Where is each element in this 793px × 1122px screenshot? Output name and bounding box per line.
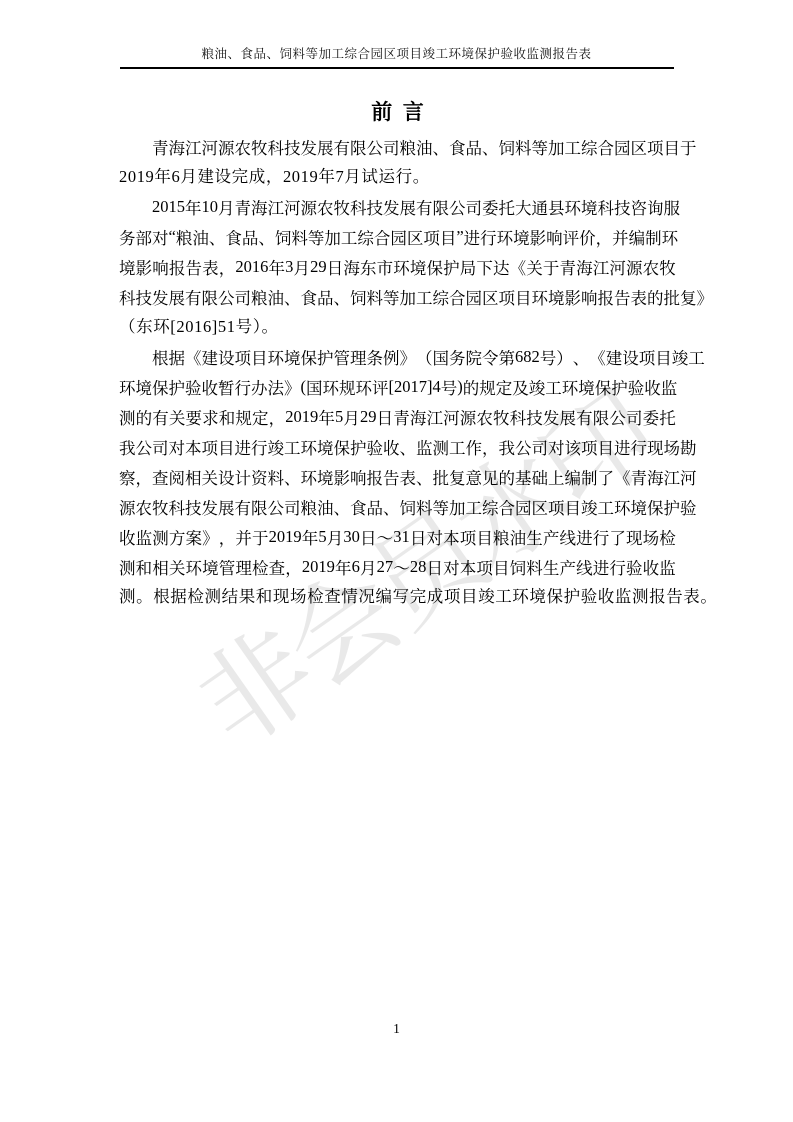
text-line: 测和相关环境管理检查，2019年6月27～28日对本项目饲料生产线进行验收监 <box>119 552 676 582</box>
text-line: 我公司对本项目进行竣工环境保护验收、监测工作，我公司对该项目进行现场勘 <box>119 432 676 462</box>
paragraph: 青海江河源农牧科技发展有限公司粮油、食品、饲料等加工综合园区项目于2019年6月… <box>119 132 676 192</box>
body-paragraphs: 青海江河源农牧科技发展有限公司粮油、食品、饲料等加工综合园区项目于2019年6月… <box>119 132 676 612</box>
text-line: 2015年10月青海江河源农牧科技发展有限公司委托大通县环境科技咨询服 <box>119 192 676 222</box>
text-line: 根据《建设项目环境保护管理条例》（国务院令第682号）、《建设项目竣工 <box>119 342 676 372</box>
text-line: 境影响报告表，2016年3月29日海东市环境保护局下达《关于青海江河源农牧 <box>119 252 676 282</box>
paragraph: 2015年10月青海江河源农牧科技发展有限公司委托大通县环境科技咨询服务部对“粮… <box>119 192 676 342</box>
document-page: 粮油、食品、饲料等加工综合园区项目竣工环境保护验收监测报告表 非会员水印 前 言… <box>0 0 793 1122</box>
text-line: 青海江河源农牧科技发展有限公司粮油、食品、饲料等加工综合园区项目于 <box>119 132 676 162</box>
page-number: 1 <box>0 1020 793 1038</box>
text-line: 测的有关要求和规定，2019年5月29日青海江河源农牧科技发展有限公司委托 <box>119 402 676 432</box>
page-title: 前 言 <box>119 96 676 128</box>
text-line: 察，查阅相关设计资料、环境影响报告表、批复意见的基础上编制了《青海江河 <box>119 462 676 492</box>
text-line: 源农牧科技发展有限公司粮油、食品、饲料等加工综合园区项目竣工环境保护验 <box>119 492 676 522</box>
text-line: 测。根据检测结果和现场检查情况编写完成项目竣工环境保护验收监测报告表。 <box>119 582 676 612</box>
text-line: 务部对“粮油、食品、饲料等加工综合园区项目”进行环境影响评价，并编制环 <box>119 222 676 252</box>
running-header-title: 粮油、食品、饲料等加工综合园区项目竣工环境保护验收监测报告表 <box>0 46 793 62</box>
text-line: 环境保护验收暂行办法》(国环规环评[2017]4号)的规定及竣工环境保护验收监 <box>119 372 676 402</box>
text-line: 收监测方案》，并于2019年5月30日～31日对本项目粮油生产线进行了现场检 <box>119 522 676 552</box>
document-body: 前 言 青海江河源农牧科技发展有限公司粮油、食品、饲料等加工综合园区项目于201… <box>119 96 676 612</box>
paragraph: 根据《建设项目环境保护管理条例》（国务院令第682号）、《建设项目竣工环境保护验… <box>119 342 676 612</box>
text-line: （东环[2016]51号）。 <box>119 312 676 342</box>
header-rule <box>120 67 674 69</box>
text-line: 科技发展有限公司粮油、食品、饲料等加工综合园区项目环境影响报告表的批复》 <box>119 282 676 312</box>
text-line: 2019年6月建设完成，2019年7月试运行。 <box>119 162 676 192</box>
